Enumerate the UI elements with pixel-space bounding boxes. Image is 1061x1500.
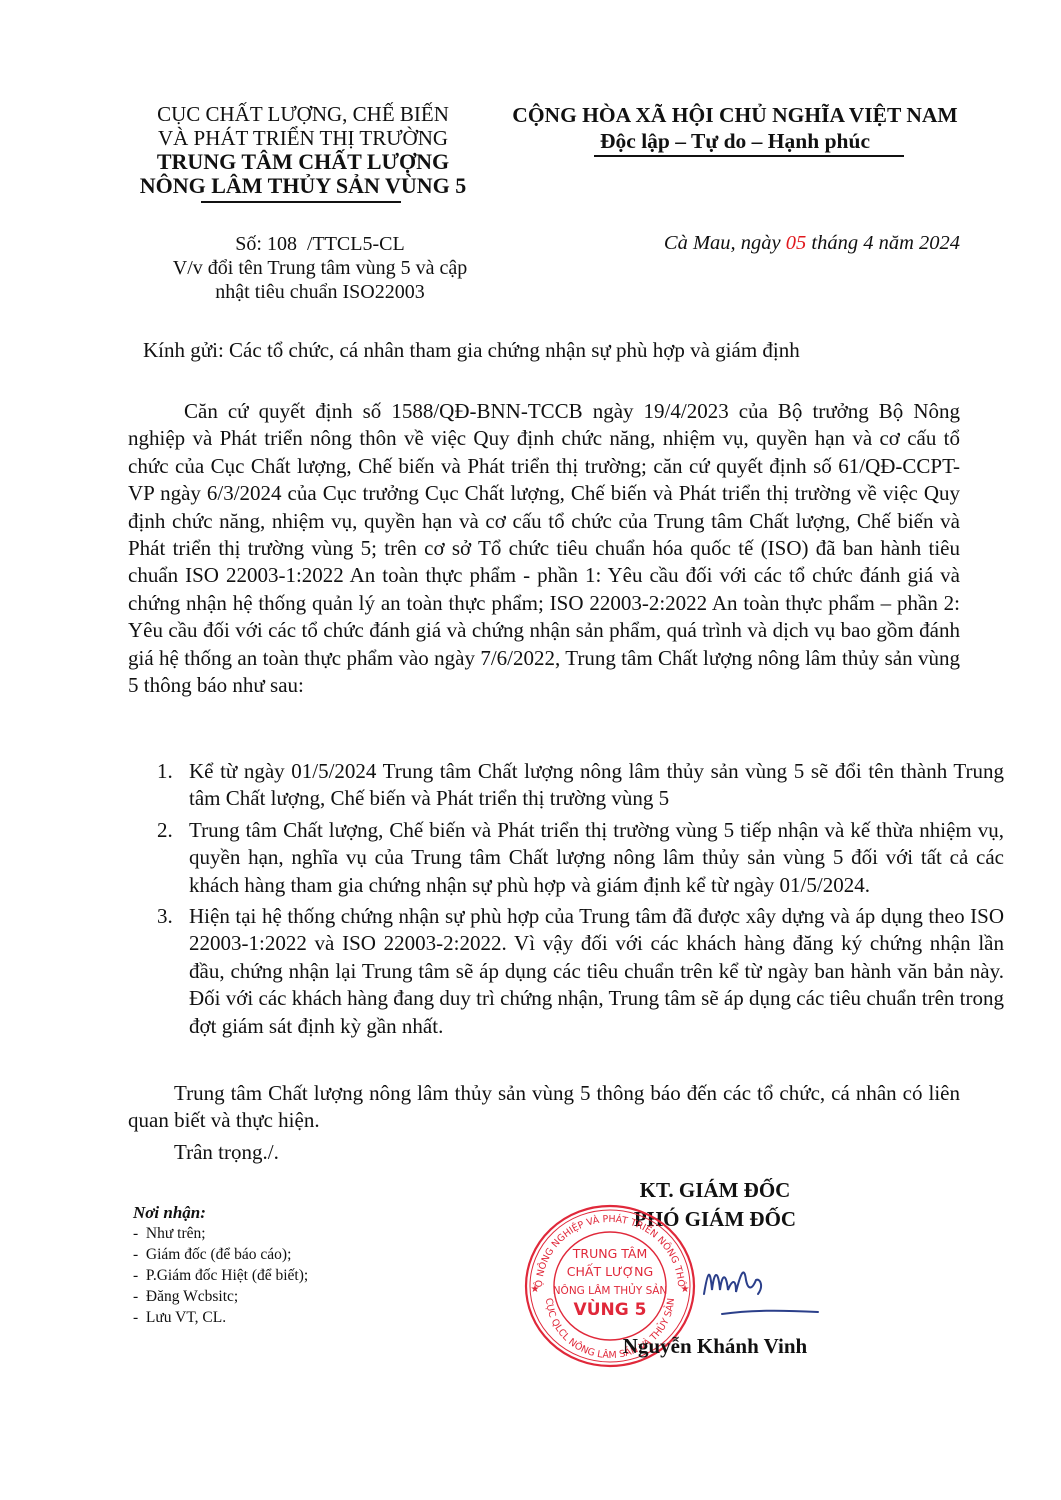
document-date: Cà Mau, ngày 05 tháng 4 năm 2024: [590, 232, 960, 255]
item-number: 2.: [157, 817, 173, 844]
greeting: Kính gửi: Các tổ chức, cá nhân tham gia …: [143, 338, 973, 363]
subject-line1: V/v đổi tên Trung tâm vùng 5 và cập: [140, 256, 500, 280]
recipients-title: Nơi nhận:: [133, 1202, 308, 1223]
issuing-agency-header: CỤC CHẤT LƯỢNG, CHẾ BIẾN VÀ PHÁT TRIỂN T…: [108, 102, 498, 203]
svg-text:★: ★: [531, 1284, 540, 1295]
header-underline: [201, 201, 401, 203]
item-number: 3.: [157, 903, 173, 930]
document-number: Số: 108 /TTCL5-CL: [140, 232, 500, 256]
signer-name: Nguyễn Khánh Vinh: [580, 1334, 850, 1359]
handwritten-signature-icon: [700, 1250, 820, 1320]
recipient-item: Giám đốc (để báo cáo);: [133, 1244, 308, 1265]
recipient-item: Lưu VT, CL.: [133, 1307, 308, 1328]
item-text: Hiện tại hệ thống chứng nhận sự phù hợp …: [189, 904, 1004, 1038]
motto: Độc lập – Tự do – Hạnh phúc: [500, 128, 970, 154]
recipients-list: Như trên; Giám đốc (để báo cáo); P.Giám …: [133, 1223, 308, 1328]
svg-text:NÔNG LÂM THỦY SẢN: NÔNG LÂM THỦY SẢN: [553, 1283, 668, 1297]
recipients-block: Nơi nhận: Như trên; Giám đốc (để báo cáo…: [133, 1202, 308, 1328]
item-text: Trung tâm Chất lượng, Chế biến và Phát t…: [189, 818, 1004, 897]
svg-text:TRUNG TÂM: TRUNG TÂM: [572, 1246, 647, 1261]
regards: Trân trọng./.: [174, 1140, 279, 1165]
parent-agency-line2: VÀ PHÁT TRIỂN THỊ TRƯỜNG: [108, 126, 498, 150]
item-number: 1.: [157, 758, 173, 785]
agency-name-line1: TRUNG TÂM CHẤT LƯỢNG: [108, 150, 498, 174]
svg-text:CHẤT LƯỢNG: CHẤT LƯỢNG: [567, 1263, 653, 1279]
closing-paragraph: Trung tâm Chất lượng nông lâm thủy sản v…: [128, 1080, 960, 1135]
recipient-item: P.Giám đốc Hiệt (để biết);: [133, 1265, 308, 1286]
svg-text:★: ★: [681, 1284, 690, 1295]
svg-text:VÙNG 5: VÙNG 5: [574, 1298, 647, 1320]
motto-underline: [594, 155, 904, 157]
recipient-item: Đăng Wcbsitc;: [133, 1286, 308, 1307]
agency-name-line2: NÔNG LÂM THỦY SẢN VÙNG 5: [108, 174, 498, 198]
date-suffix: tháng 4 năm 2024: [806, 232, 960, 254]
paragraph-basis: Căn cứ quyết định số 1588/QĐ-BNN-TCCB ng…: [128, 398, 960, 699]
parent-agency-line1: CỤC CHẤT LƯỢNG, CHẾ BIẾN: [108, 102, 498, 126]
date-prefix: Cà Mau, ngày: [664, 232, 786, 254]
list-item: 3.Hiện tại hệ thống chứng nhận sự phù hợ…: [189, 903, 1004, 1040]
country-name: CỘNG HÒA XÃ HỘI CHỦ NGHĨA VIỆT NAM: [500, 102, 970, 128]
national-motto-header: CỘNG HÒA XÃ HỘI CHỦ NGHĨA VIỆT NAM Độc l…: [500, 102, 970, 157]
announcement-list: 1.Kể từ ngày 01/5/2024 Trung tâm Chất lư…: [145, 758, 1004, 1044]
list-item: 1.Kể từ ngày 01/5/2024 Trung tâm Chất lư…: [189, 758, 1004, 813]
item-text: Kể từ ngày 01/5/2024 Trung tâm Chất lượn…: [189, 759, 1004, 810]
subject-line2: nhật tiêu chuẩn ISO22003: [140, 280, 500, 304]
date-day: 05: [786, 232, 807, 254]
list-item: 2.Trung tâm Chất lượng, Chế biến và Phát…: [189, 817, 1004, 899]
recipient-item: Như trên;: [133, 1223, 308, 1244]
document-reference: Số: 108 /TTCL5-CL V/v đổi tên Trung tâm …: [140, 232, 500, 304]
